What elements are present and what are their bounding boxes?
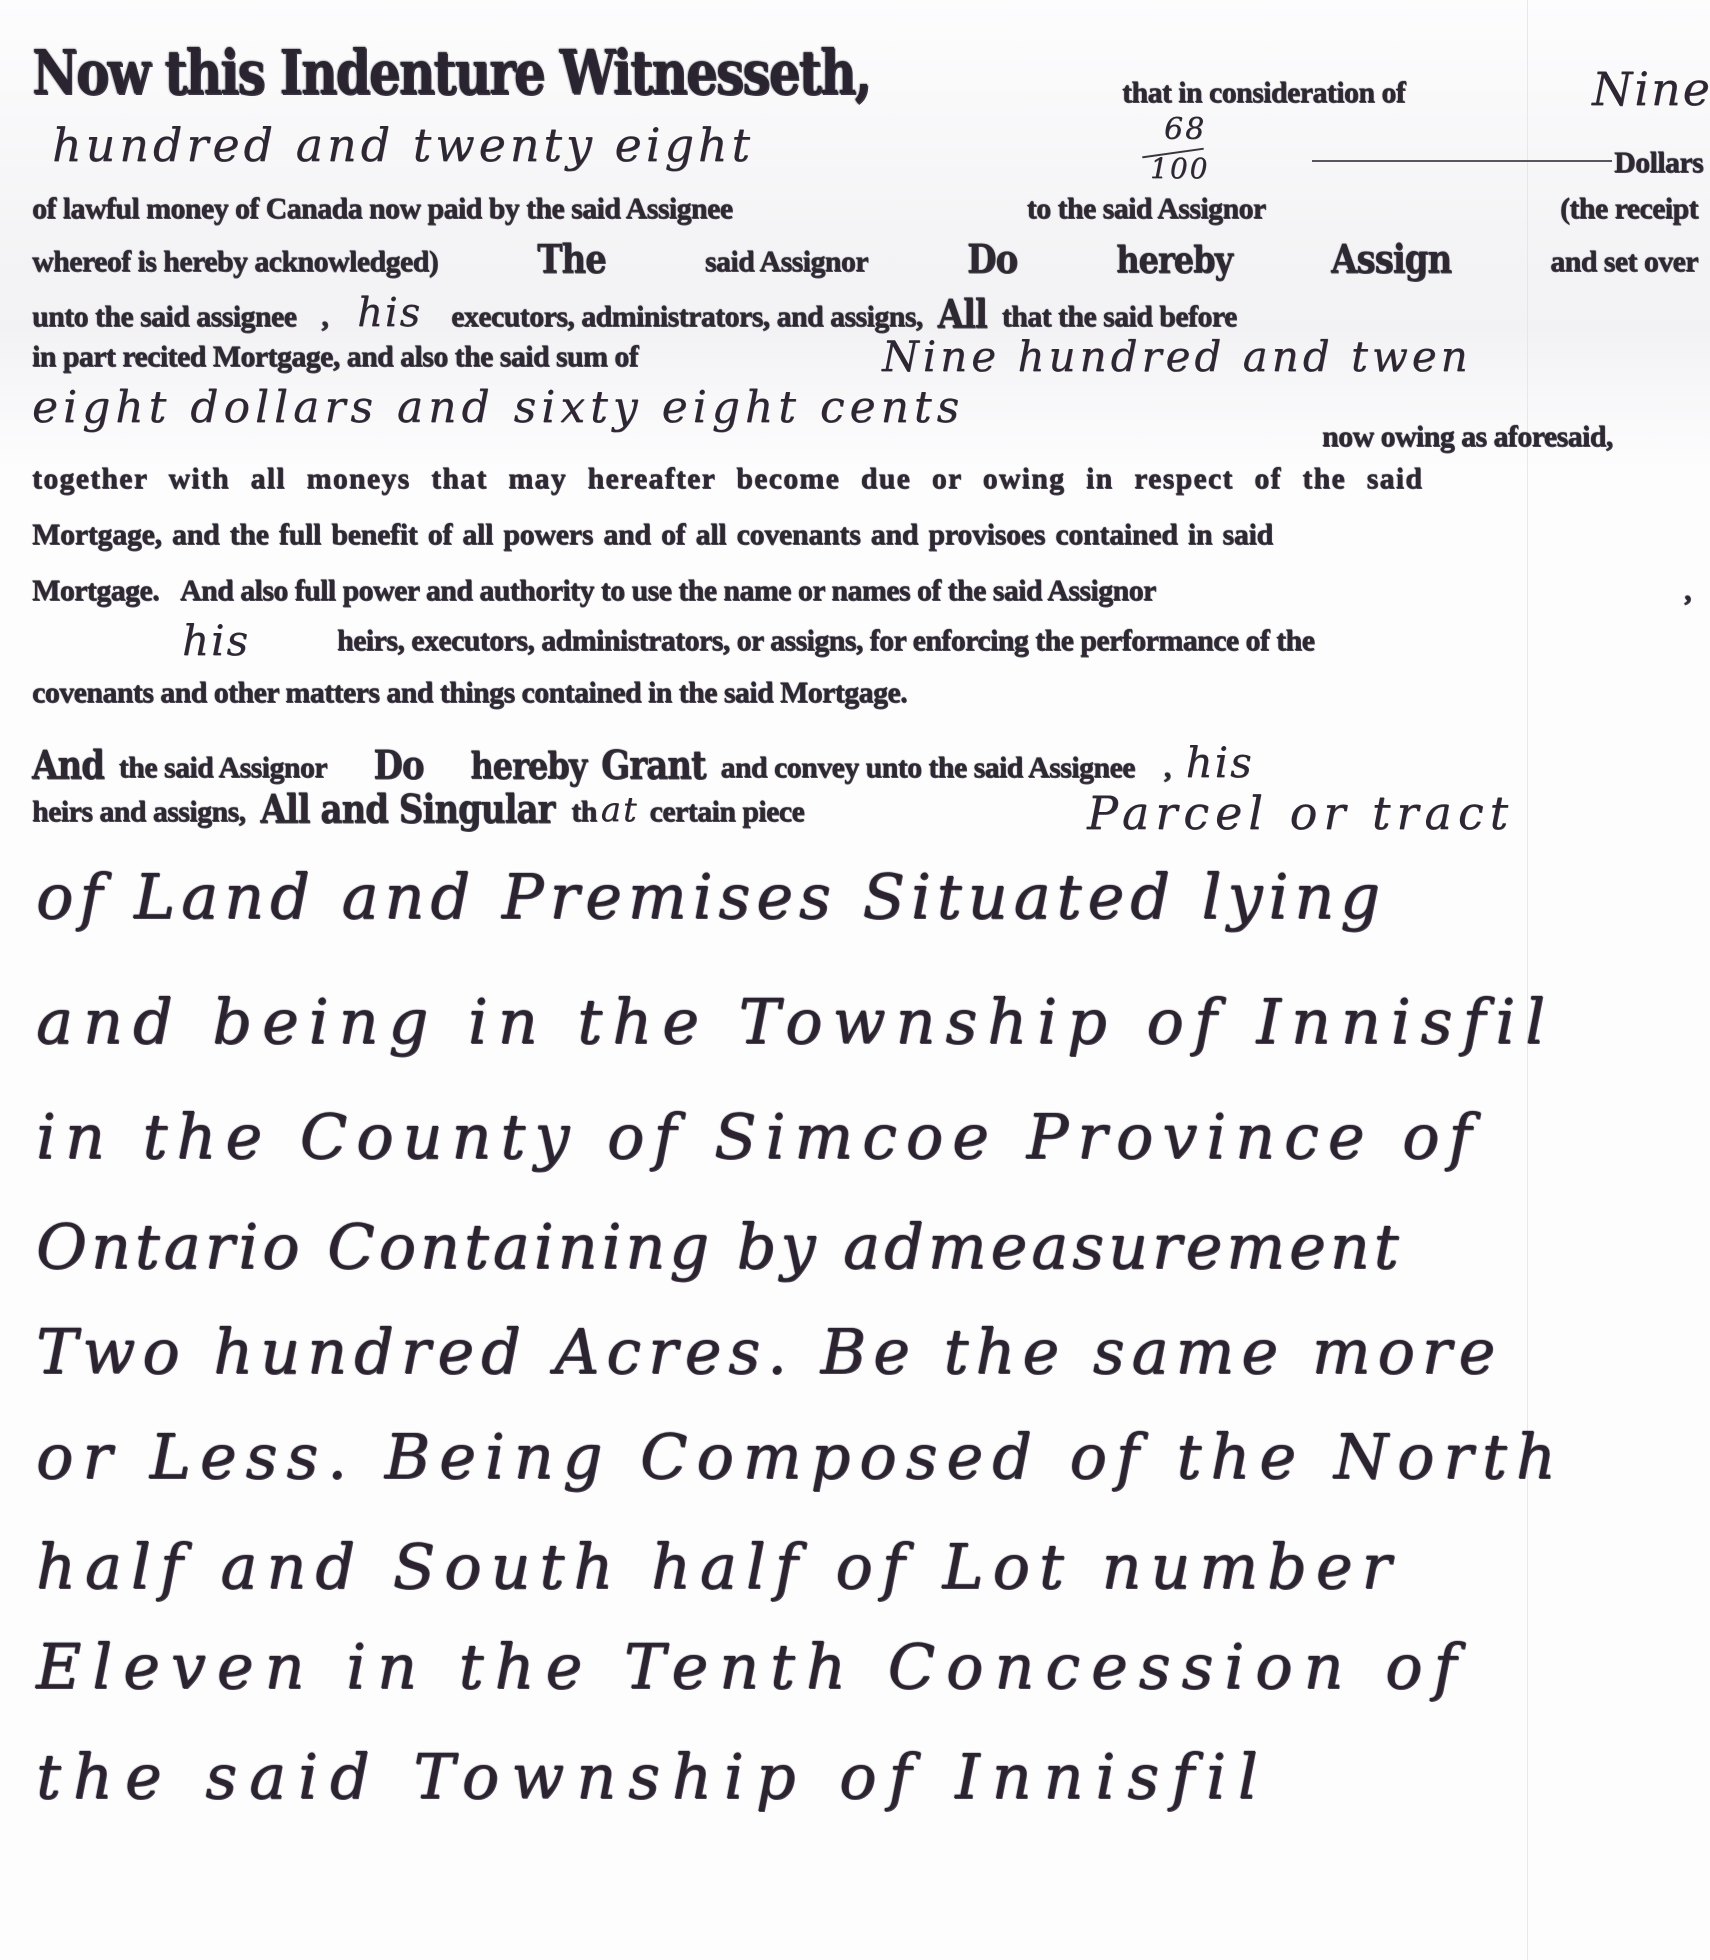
blackletter-do: Do xyxy=(373,743,423,789)
recited-mortgage-text: in part recited Mortgage, and also the s… xyxy=(32,340,638,373)
blackletter-and: And xyxy=(32,743,104,789)
executors-text: executors, administrators, and assigns, xyxy=(451,300,923,333)
set-over-text: and set over xyxy=(1550,245,1698,279)
handwritten-line-8: Eleven in the Tenth Concession of xyxy=(36,1630,1467,1703)
deed-line-8: together with all moneys that may hereaf… xyxy=(32,462,1698,496)
mortgage-word: Mortgage. xyxy=(32,574,159,607)
deed-line-13: And the said Assignor Do hereby Grant an… xyxy=(32,738,1698,788)
dollars-label: Dollars xyxy=(1614,146,1703,180)
handwritten-line-9: the said Township of Innisfil xyxy=(36,1740,1270,1813)
heirs-assigns-text: heirs and assigns, xyxy=(32,795,245,828)
handwritten-line-7: half and South half of Lot number xyxy=(36,1530,1400,1603)
handwritten-line-2: and being in the Township of Innisfil xyxy=(36,985,1555,1058)
lawful-money-text: of lawful money of Canada now paid by th… xyxy=(32,192,732,226)
unto-assignee-text: unto the said assignee xyxy=(32,300,296,333)
handwritten-amount-start: Nine xyxy=(1592,62,1710,116)
deed-line-14: heirs and assigns, All and Singular that… xyxy=(32,790,1698,850)
deed-line-11: his heirs, executors, administrators, or… xyxy=(32,622,1698,674)
handwritten-line-5: Two hundred Acres. Be the same more xyxy=(36,1315,1502,1388)
said-assignor-text: said Assignor xyxy=(705,245,868,279)
deed-line-9: Mortgage, and the full benefit of all po… xyxy=(32,518,1698,552)
handwritten-sum-end: eight dollars and sixty eight cents xyxy=(32,382,964,433)
deed-line-7: eight dollars and sixty eight cents now … xyxy=(32,388,1698,448)
handwritten-line-4: Ontario Containing by admeasurement xyxy=(36,1210,1403,1283)
handwritten-his: his xyxy=(357,290,422,336)
handwritten-at: at xyxy=(601,790,639,830)
comma: , xyxy=(321,300,328,333)
blackletter-hereby: hereby xyxy=(1116,238,1232,282)
comma: , xyxy=(1684,574,1691,608)
deed-line-1: Now this Indenture Witnesseth, that in c… xyxy=(32,40,1698,120)
scanned-deed-page: Now this Indenture Witnesseth, that in c… xyxy=(0,0,1710,1960)
to-assignor-text: to the said Assignor xyxy=(1027,192,1266,226)
blackletter-do: Do xyxy=(967,237,1017,283)
deed-line-12: covenants and other matters and things c… xyxy=(32,676,1698,710)
consideration-text: that in consideration of xyxy=(1122,76,1405,110)
that-said-before-text: that the said before xyxy=(1002,300,1237,333)
comma: , xyxy=(1164,751,1171,784)
cents-numerator: 68 xyxy=(1164,112,1206,147)
deed-line-3: of lawful money of Canada now paid by th… xyxy=(32,192,1698,226)
enforcing-text: heirs, executors, administrators, or ass… xyxy=(337,624,1314,658)
covenants-text: covenants and other matters and things c… xyxy=(32,676,907,709)
full-power-text: And also full power and authority to use… xyxy=(180,574,1156,607)
convey-text: and convey unto the said Assignee xyxy=(720,751,1134,784)
certain-piece-text: certain piece xyxy=(650,795,805,828)
blackletter-grant: Grant xyxy=(601,743,705,789)
handwritten-his: his xyxy=(1186,738,1254,787)
blackletter-all-and-singular: All and Singular xyxy=(260,787,554,833)
handwritten-line-6: or Less. Being Composed of the North xyxy=(36,1420,1565,1493)
blackletter-the: The xyxy=(537,237,606,283)
receipt-text: (the receipt xyxy=(1560,192,1698,226)
handwritten-amount: hundred and twenty eight xyxy=(52,118,754,172)
handwritten-parcel: Parcel or tract xyxy=(1087,786,1514,840)
blank-fill-line xyxy=(1312,160,1612,162)
th-text: th xyxy=(571,795,596,828)
handwritten-line-1: of Land and Premises Situated lying xyxy=(36,860,1386,933)
handwritten-sum-start: Nine hundred and twen xyxy=(882,332,1472,381)
cents-fraction: 68 100 xyxy=(1142,138,1212,178)
deed-line-10: Mortgage. And also full power and author… xyxy=(32,574,1698,624)
full-benefit-text: Mortgage, and the full benefit of all po… xyxy=(32,518,1273,551)
handwritten-line-3: in the County of Simcoe Province of xyxy=(36,1100,1480,1173)
blackletter-hereby: hereby xyxy=(470,744,586,788)
blackletter-assign: Assign xyxy=(1331,237,1451,283)
cents-denominator: 100 xyxy=(1150,152,1209,185)
said-assignor-text: the said Assignor xyxy=(119,751,327,784)
deed-line-4: whereof is hereby acknowledged) The said… xyxy=(32,240,1698,280)
acknowledged-text: whereof is hereby acknowledged) xyxy=(32,245,438,279)
deed-title: Now this Indenture Witnesseth, xyxy=(32,37,870,108)
handwritten-his: his xyxy=(182,616,250,665)
moneys-text: together with all moneys that may hereaf… xyxy=(32,462,1423,495)
owing-text: now owing as aforesaid, xyxy=(1322,420,1613,454)
deed-line-2: hundred and twenty eight 68 100 Dollars xyxy=(32,118,1698,188)
